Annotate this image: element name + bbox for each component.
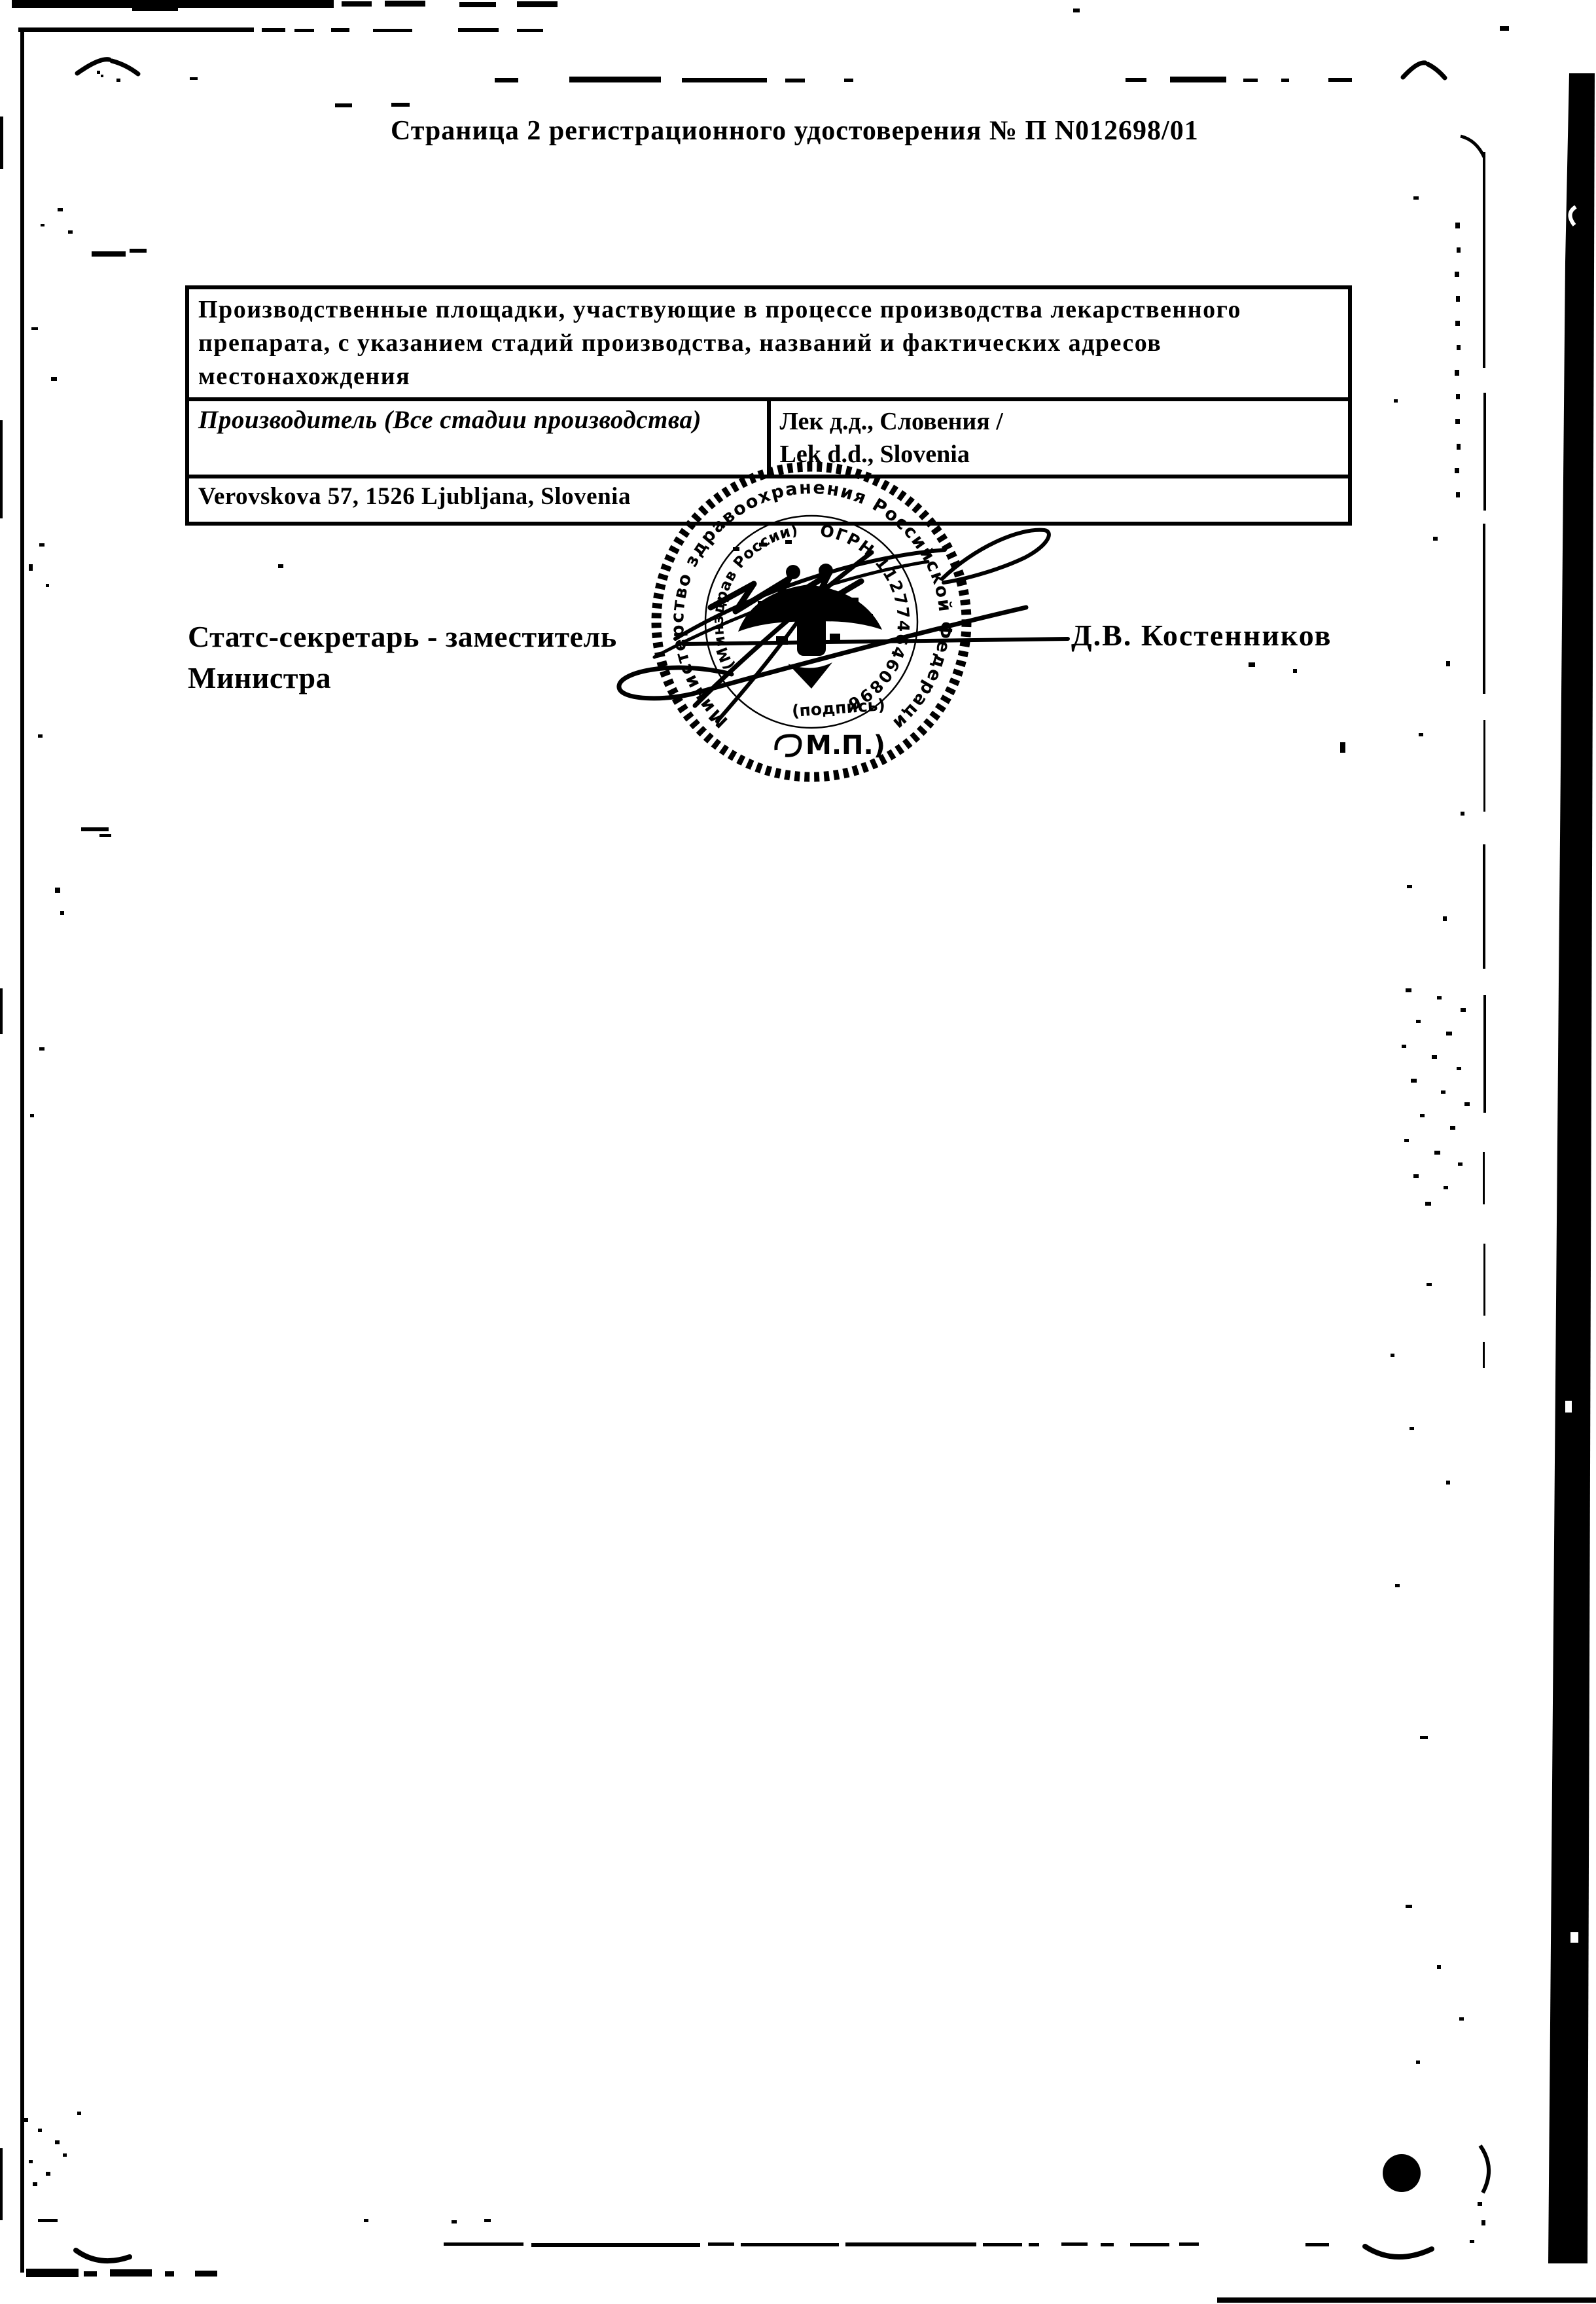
signer-title: Статс-секретарь - заместитель Министра [188,616,617,698]
producer-value-line: Lek d.d., Slovenia [780,438,1339,471]
seal-inner-text: (Минздрав России) [710,522,800,672]
address-cell: Verovskova 57, 1526 Ljubljana, Slovenia [187,477,1350,524]
right-line-hook [1461,136,1484,157]
bottom-right-curve [1480,2146,1489,2193]
seal-mp-scribble [776,736,800,755]
seal-ogrn-text: ОГРН 1127746460896 [819,521,913,714]
seal-inner-ring [705,516,917,728]
table-row: Verovskova 57, 1526 Ljubljana, Slovenia [187,477,1350,524]
table-header-line: местонахождения [198,360,1339,393]
right-bar-curl [1570,207,1576,225]
producer-value-line: Лек д.д., Словения / [780,405,1339,438]
table-header-line: препарата, с указанием стадий производст… [198,327,1339,360]
page-title: Страница 2 регистрационного удостоверени… [391,115,1199,147]
signer-name: Д.В. Костенников [1071,618,1332,653]
punch-hole-dot [1383,2154,1421,2192]
producer-label-cell: Производитель (Все стадии производства) [187,399,769,477]
svg-text:(Минздрав России): (Минздрав России) [710,522,800,672]
seal-emblem-eagle [733,540,882,689]
signer-title-line: Статс-секретарь - заместитель [188,616,617,657]
document-page: Страница 2 регистрационного удостоверени… [0,0,1596,2304]
table-header-line: Производственные площадки, участвующие в… [198,293,1339,327]
seal-podpis-label: (подпись) [791,695,886,721]
signature-scribble [619,530,1068,721]
seal-mp-label: М.П.) [806,730,885,761]
table-row: Производственные площадки, участвующие в… [187,287,1350,399]
table-row: Производитель (Все стадии производства) … [187,399,1350,477]
table-header-cell: Производственные площадки, участвующие в… [187,287,1350,399]
production-sites-table: Производственные площадки, участвующие в… [185,285,1352,526]
signer-title-line: Министра [188,657,617,698]
producer-value-cell: Лек д.д., Словения / Lek d.d., Slovenia [769,399,1351,477]
svg-text:ОГРН 1127746460896: ОГРН 1127746460896 [819,521,913,714]
